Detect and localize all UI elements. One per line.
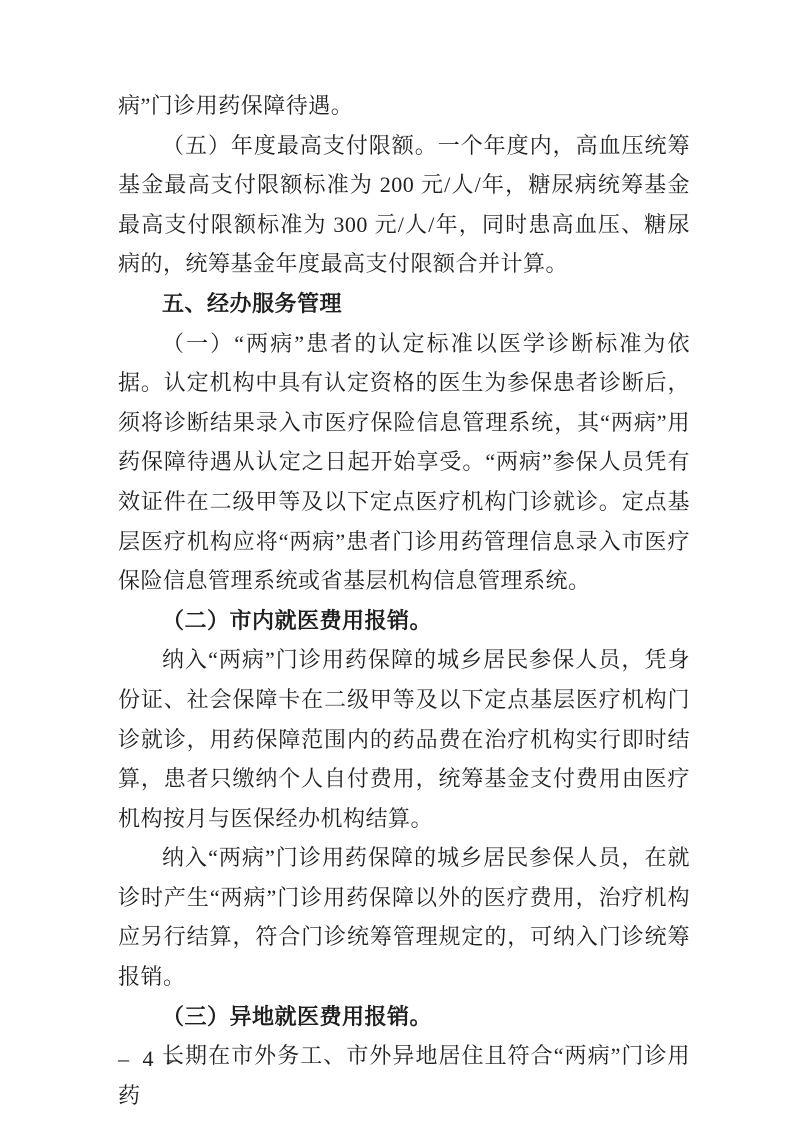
paragraph-local-settlement: 纳入“两病”门诊用药保障的城乡居民参保人员，凭身份证、社会保障卡在二级甲等及以下… <box>118 640 690 838</box>
document-page: 病”门诊用药保障待遇。 （五）年度最高支付限额。一个年度内，高血压统筹基金最高支… <box>0 0 800 1131</box>
paragraph-annual-limit: （五）年度最高支付限额。一个年度内，高血压统筹基金最高支付限额标准为 200 元… <box>118 126 690 284</box>
paragraph-continuation: 病”门诊用药保障待遇。 <box>118 86 690 126</box>
paragraph-certification-standard: （一）“两病”患者的认定标准以医学诊断标准为依据。认定机构中具有认定资格的医生为… <box>118 324 690 601</box>
document-body: 病”门诊用药保障待遇。 （五）年度最高支付限额。一个年度内，高血压统筹基金最高支… <box>118 86 690 1115</box>
paragraph-remote-residents: 长期在市外务工、市外异地居住且符合“两病”门诊用药 <box>118 1036 690 1115</box>
subsection-heading-remote-reimbursement: （三）异地就医费用报销。 <box>118 997 690 1037</box>
subsection-heading-local-reimbursement: （二）市内就医费用报销。 <box>118 601 690 641</box>
paragraph-other-expenses: 纳入“两病”门诊用药保障的城乡居民参保人员，在就诊时产生“两病”门诊用药保障以外… <box>118 838 690 996</box>
section-heading-service-management: 五、经办服务管理 <box>118 284 690 324</box>
page-number: – 4 – <box>118 1046 182 1072</box>
